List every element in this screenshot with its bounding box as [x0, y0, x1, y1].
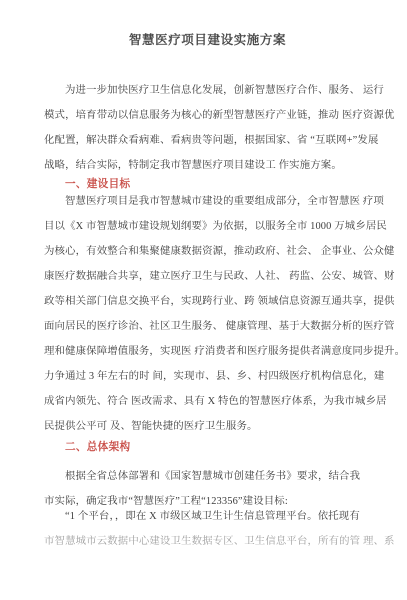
text-line: 康医疗数据融合共享，建立医疗卫生与民政、人社、 药监、公安、城管、财 [44, 264, 371, 289]
text-line: 智慧医疗项目是我市智慧城市建设的重要组成部分，全市智慧医 疗项 [44, 189, 371, 214]
document-title: 智慧医疗项目建设实施方案 [44, 32, 371, 48]
text-line-cutoff: 市智慧城市云数据中心建设卫生数据专区、卫生信息平台，所有的管 理、系 [44, 529, 371, 554]
text-line: 民提供公平可 及、智能快捷的医疗卫生服务。 [44, 414, 371, 439]
paragraph-goals: 智慧医疗项目是我市智慧城市建设的重要组成部分，全市智慧医 疗项 目以《X 市智慧… [44, 189, 371, 439]
paragraph-platform: “1 个平台，，即在 X 市级区域卫生计生信息管理平台。依托现有 市智慧城市云数… [44, 504, 371, 554]
text-line: 政等相关部门信息交换平台，实现跨行业、跨 领域信息资源互通共享，提供 [44, 289, 371, 314]
text-line: 战略，结合实际，特制定我市智慧医疗项目建设工 作实施方案。 [44, 153, 371, 178]
text-line: 根据全省总体部署和《国家智慧城市创建任务书》要求，结合我 [44, 464, 371, 489]
text-line: 面向居民的医疗诊治、社区卫生服务、 健康管理、基于大数据分析的医疗管 [44, 314, 371, 339]
text-line: 理和健康保障增值服务，实现医 疗消费者和医疗服务提供者满意度同步提升。 [44, 339, 371, 364]
text-line: 成省内领先、符合 医改需求、具有 X 特色的智慧医疗体系，为我市城乡居 [44, 389, 371, 414]
text-line: 为进一步加快医疗卫生信息化发展，创新智慧医疗合作、服务、 运行 [44, 78, 371, 103]
section-heading-architecture: 二、总体架构 [65, 439, 371, 457]
text-line: 力争通过 3 年左右的时 间，实现市、县、乡、村四级医疗机构信息化，建 [44, 364, 371, 389]
text-line: 目以《X 市智慧城市建设规划纲要》为依据，以服务全市 1000 万城乡居民 [44, 214, 371, 239]
text-line: 为核心，有效整合和集聚健康数据资源，推动政府、社会、 企事业、公众健 [44, 239, 371, 264]
text-line: 模式，培育带动以信息服务为核心的新型智慧医疗产业链，推动 医疗资源优 [44, 103, 371, 128]
text-line: 化配置，解决群众看病难、看病贵等问题，根据国家、省 “互联网+”发展 [44, 128, 371, 153]
paragraph-intro: 为进一步加快医疗卫生信息化发展，创新智慧医疗合作、服务、 运行 模式，培育带动以… [44, 78, 371, 178]
text-line: “1 个平台，，即在 X 市级区域卫生计生信息管理平台。依托现有 [44, 504, 371, 529]
document-page: 智慧医疗项目建设实施方案 为进一步加快医疗卫生信息化发展，创新智慧医疗合作、服务… [0, 0, 407, 600]
